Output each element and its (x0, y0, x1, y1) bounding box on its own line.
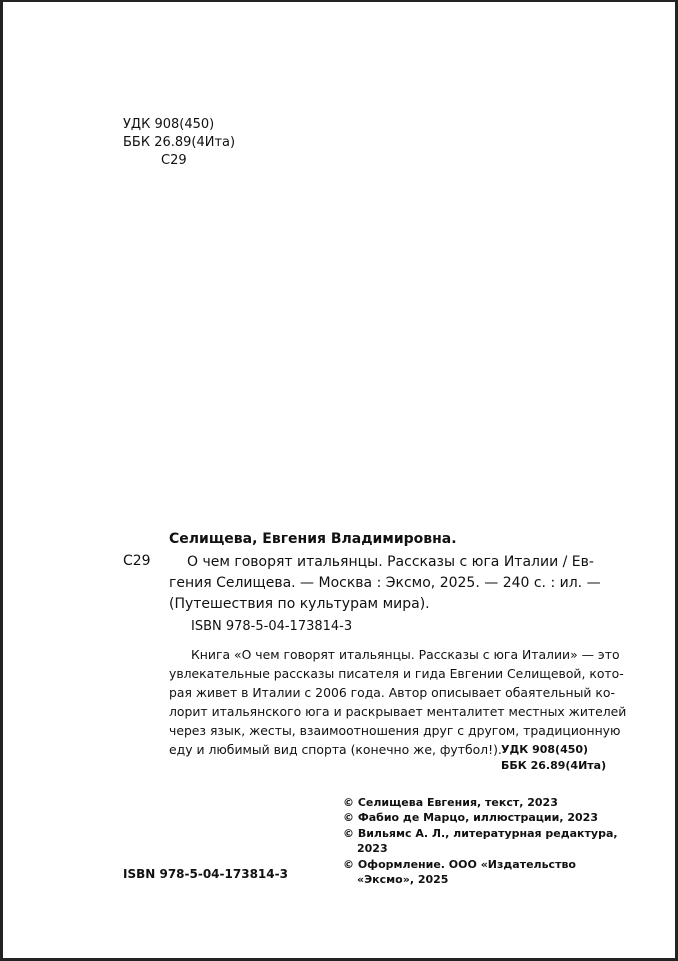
annotation-line: рая живет в Италии с 2006 года. Автор оп… (169, 683, 621, 702)
author-heading: Селищева, Евгения Владимировна. (169, 530, 457, 548)
copyright-line: © Селищева Евгения, текст, 2023 (343, 795, 618, 810)
author-sign: С29 (123, 152, 235, 170)
classification-block-top: УДК 908(450) ББК 26.89(4Ита) С29 (123, 116, 235, 170)
bib-line: гения Селищева. — Москва : Эксмо, 2025. … (169, 573, 621, 594)
copyright-line-continued: «Эксмо», 2025 (343, 872, 618, 887)
udk-code: УДК 908(450) (123, 116, 235, 134)
copyright-page: УДК 908(450) ББК 26.89(4Ита) С29 Селищев… (0, 0, 678, 961)
bbk-code: ББК 26.89(4Ита) (123, 134, 235, 152)
bib-line: О чем говорят итальянцы. Рассказы с юга … (169, 552, 621, 573)
copyright-line: © Фабио де Марцо, иллюстрации, 2023 (343, 810, 618, 825)
copyright-line: © Вильямс А. Л., литературная редактура, (343, 826, 618, 841)
bib-line: (Путешествия по культурам мира). (169, 594, 621, 615)
annotation-line: лорит итальянского юга и раскрывает мент… (169, 702, 621, 721)
author-sign-entry: С29 (123, 552, 151, 570)
udk-code: УДК 908(450) (501, 742, 606, 758)
isbn-bottom: ISBN 978-5-04-173814-3 (123, 866, 288, 882)
bbk-code: ББК 26.89(4Ита) (501, 758, 606, 774)
annotation-line: Книга «О чем говорят итальянцы. Рассказы… (169, 645, 621, 664)
annotation-line: через язык, жесты, взаимоотношения друг … (169, 721, 621, 740)
bibliographic-description: О чем говорят итальянцы. Рассказы с юга … (169, 552, 621, 615)
classification-block-bottom: УДК 908(450) ББК 26.89(4Ита) (501, 742, 606, 774)
copyright-notices: © Селищева Евгения, текст, 2023 © Фабио … (343, 795, 618, 887)
copyright-line: © Оформление. ООО «Издательство (343, 857, 618, 872)
copyright-line-continued: 2023 (343, 841, 618, 856)
isbn-entry: ISBN 978-5-04-173814-3 (191, 619, 352, 635)
annotation-line: увлекательные рассказы писателя и гида Е… (169, 664, 621, 683)
